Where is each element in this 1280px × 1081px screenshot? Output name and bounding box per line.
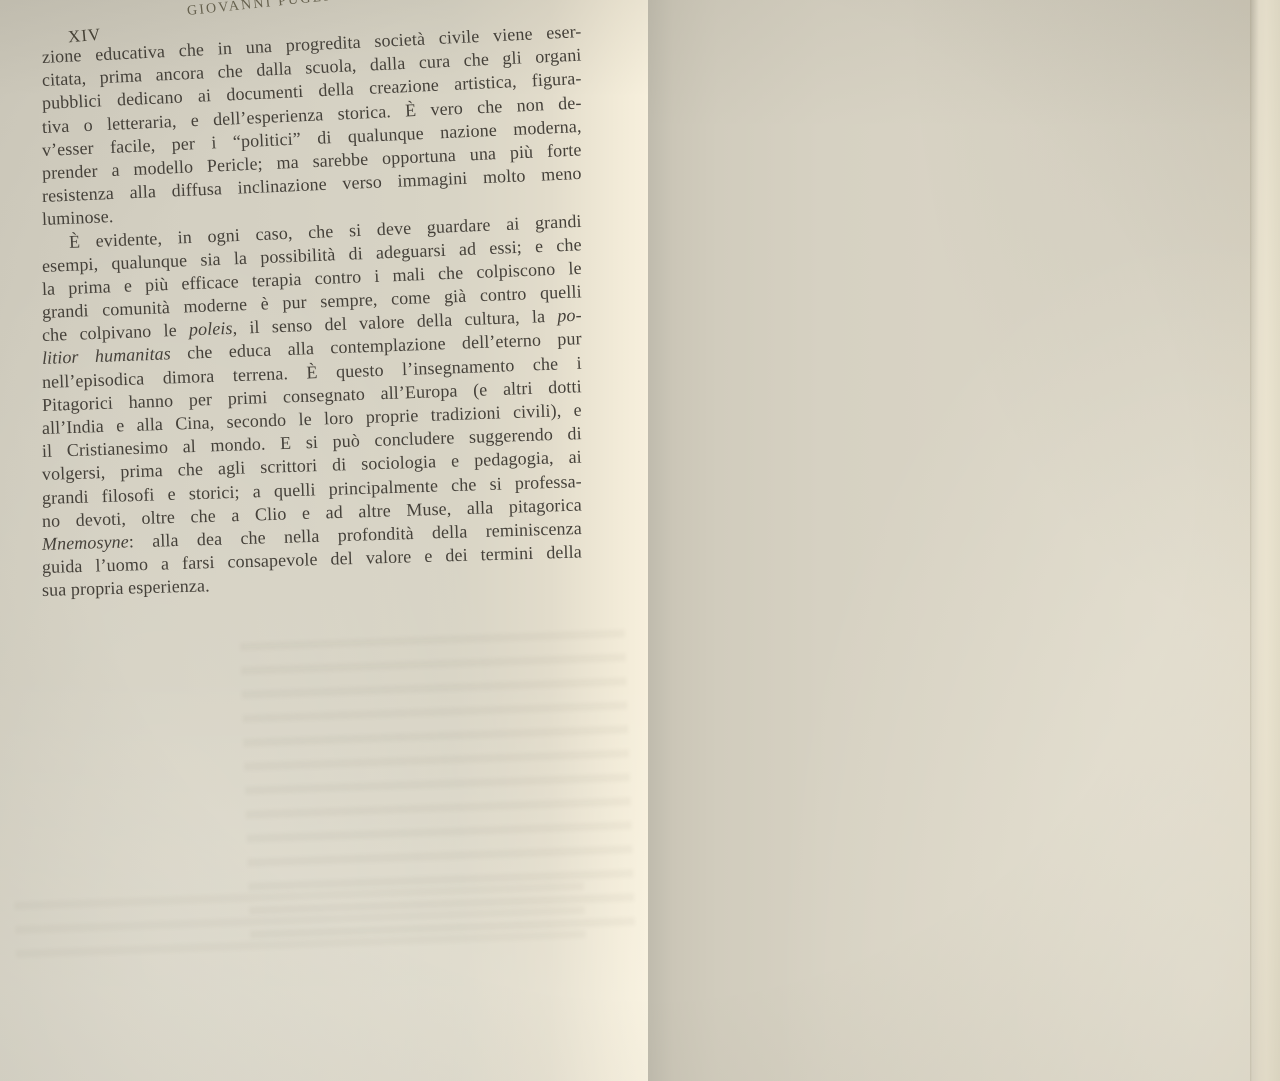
left-page: GIOVANNI PUGLIESE XIV zione educativa ch… [0,0,648,1081]
left-page-text: zione educativa che in una progredita so… [42,46,582,603]
right-page-shading [648,0,1280,1081]
italic-text: poleis [189,318,233,340]
bleed-through-left-bottom [240,629,635,942]
book-spread: GIOVANNI PUGLIESE XIV zione educativa ch… [0,0,1280,1081]
running-header: GIOVANNI PUGLIESE [186,0,362,20]
text-segment: luminose. [42,206,114,229]
bleed-through-left-lower [14,882,586,960]
italic-text: litior humanitas [42,344,172,369]
italic-text: Mnemosyne [42,531,129,554]
italic-text: po- [557,305,582,326]
text-segment: sua propria esperienza. [42,576,210,601]
right-page: SALVATORE VALITUTTI L’ANTICO COME GERME … [648,0,1280,1081]
page-fore-edge [1250,0,1280,1081]
